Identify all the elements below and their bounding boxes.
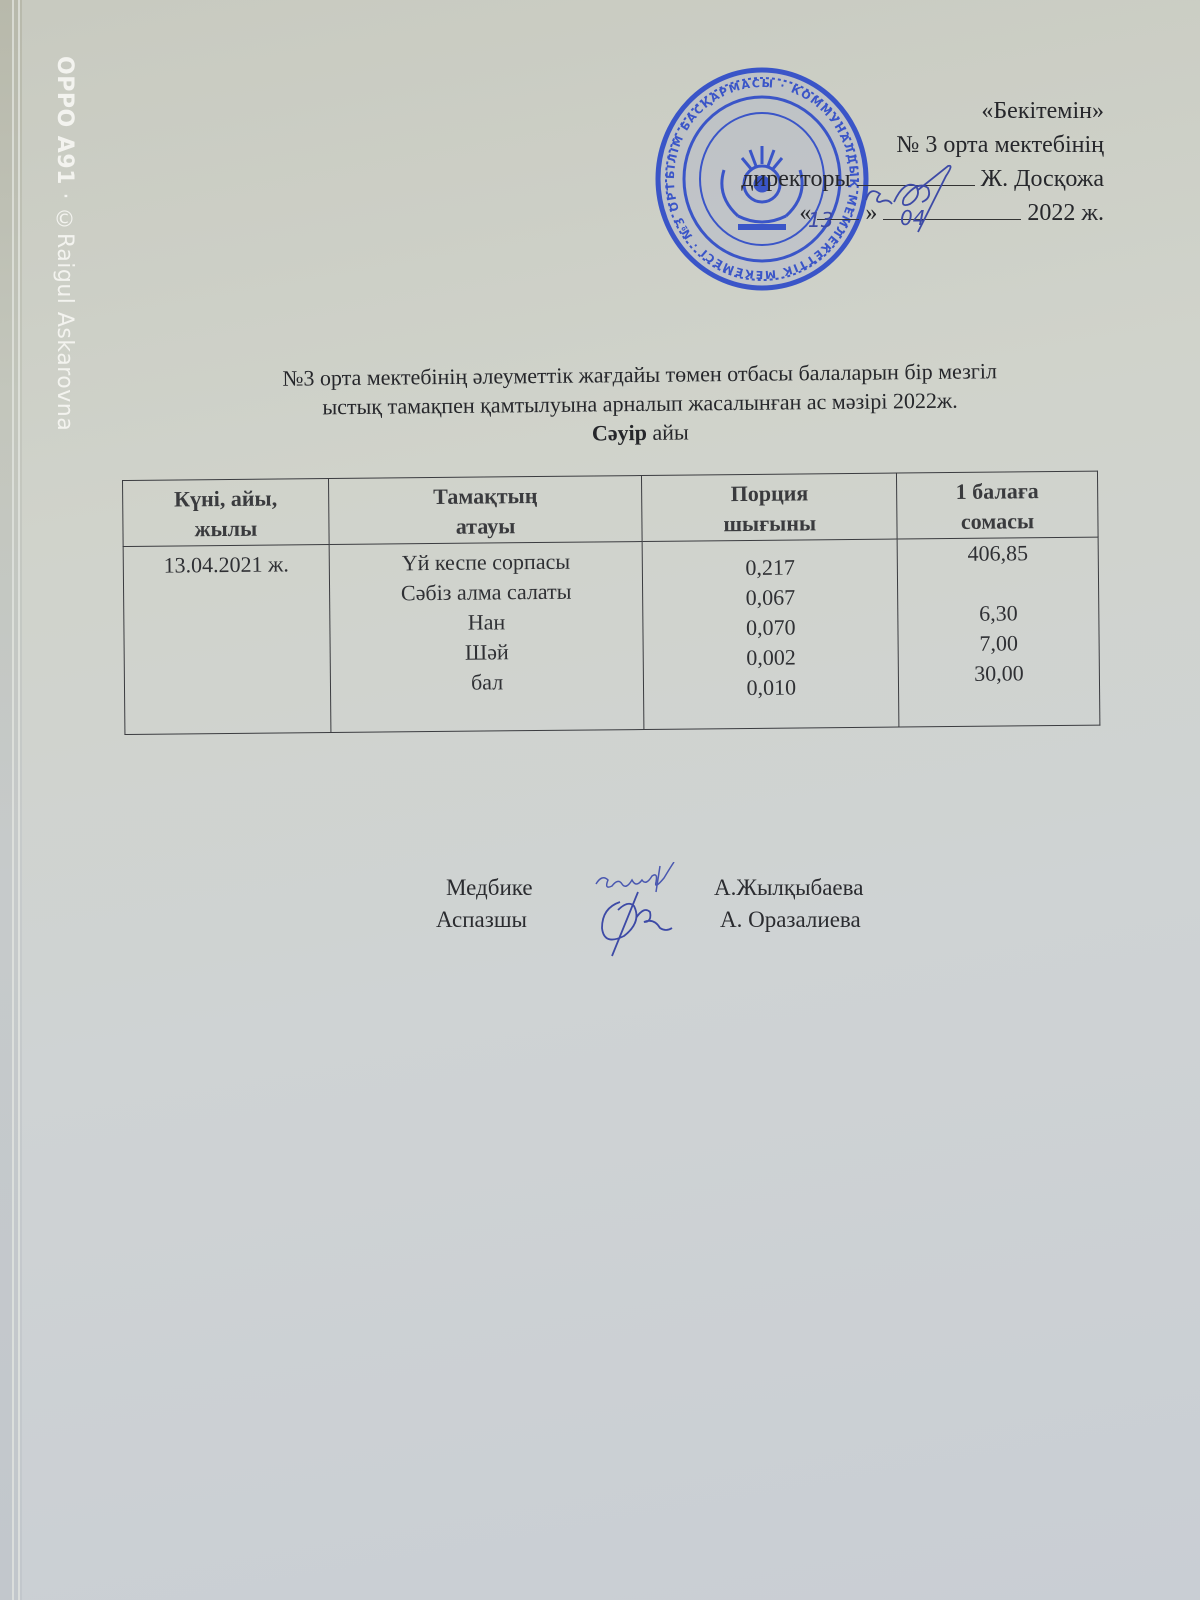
header-sum-line1: 1 балаға	[897, 476, 1097, 508]
camera-watermark: OPPO A91 · ©Raigul Askarovna	[52, 56, 77, 431]
sum-value: 7,00	[899, 628, 1099, 660]
sum-value: 30,00	[899, 658, 1099, 690]
dish-item: Нан	[330, 606, 643, 639]
table-header-row: Күні, айы, жылы Тамақтың атауы Порция шы…	[123, 471, 1099, 546]
portion-value: 0,067	[643, 582, 897, 614]
portion-value: 0,070	[644, 612, 898, 644]
portion-value: 0,010	[644, 672, 898, 704]
header-dish-line1: Тамақтың	[329, 480, 642, 513]
menu-table: Күні, айы, жылы Тамақтың атауы Порция шы…	[122, 471, 1100, 735]
cell-date: 13.04.2021 ж.	[123, 545, 331, 735]
role-cook: Аспазшы	[436, 904, 527, 936]
document-title: №3 орта мектебінің әлеуметтік жағдайы тө…	[140, 355, 1141, 452]
dish-item: бал	[331, 666, 644, 699]
cell-portions: 0,217 0,067 0,070 0,002 0,010	[643, 539, 900, 729]
sum-value: 406,85	[898, 538, 1098, 570]
watermark-device: OPPO A91	[52, 56, 77, 185]
sum-value: 6,30	[898, 598, 1098, 630]
director-signature-icon	[858, 160, 968, 240]
watermark-credit: ©Raigul Askarovna	[52, 207, 77, 431]
month-suffix: айы	[647, 419, 689, 444]
cell-dishes: Үй кеспе сорпасы Сәбіз алма салаты Нан Ш…	[329, 542, 644, 733]
handwritten-day: 13	[808, 208, 833, 232]
portion-value: 0,002	[644, 642, 898, 674]
date-year: 2022 ж.	[1027, 200, 1104, 226]
approval-heading: «Бекітемін»	[741, 94, 1104, 128]
sum-value	[898, 568, 1098, 600]
header-portion-line2: шығыны	[643, 508, 897, 540]
header-portion-line1: Порция	[642, 478, 896, 510]
watermark-separator: ·	[52, 192, 77, 200]
header-date-line2: жылы	[123, 513, 328, 545]
dish-item: Үй кеспе сорпасы	[329, 546, 642, 579]
document-page	[22, 0, 1200, 1600]
staff-signatures-icon	[590, 862, 710, 972]
approval-school: № 3 орта мектебінің	[741, 128, 1104, 162]
role-nurse: Медбике	[446, 872, 533, 904]
header-sum-line2: сомасы	[897, 506, 1097, 538]
header-date-line1: Күні, айы,	[123, 483, 328, 515]
director-name: Ж. Досқожа	[981, 166, 1104, 192]
name-cook: А. Оразалиева	[720, 904, 861, 936]
date-value: 13.04.2021 ж.	[163, 551, 288, 577]
dish-item: Шәй	[330, 636, 643, 669]
header-dish: Тамақтың атауы	[328, 476, 642, 545]
cell-sums: 406,85 6,30 7,00 30,00	[897, 537, 1100, 727]
header-dish-line2: атауы	[329, 510, 642, 543]
month-name: Сәуір	[592, 420, 647, 446]
header-sum: 1 балаға сомасы	[897, 471, 1098, 539]
table-row: 13.04.2021 ж. Үй кеспе сорпасы Сәбіз алм…	[123, 537, 1100, 734]
director-label: директоры	[741, 166, 850, 192]
header-portion: Порция шығыны	[642, 473, 897, 541]
name-nurse: А.Жылқыбаева	[714, 872, 863, 904]
header-date: Күні, айы, жылы	[123, 479, 329, 547]
dish-item: Сәбіз алма салаты	[330, 576, 643, 609]
page-edge	[18, 0, 20, 1600]
page-edge	[12, 0, 14, 1600]
portion-value: 0,217	[643, 552, 897, 584]
